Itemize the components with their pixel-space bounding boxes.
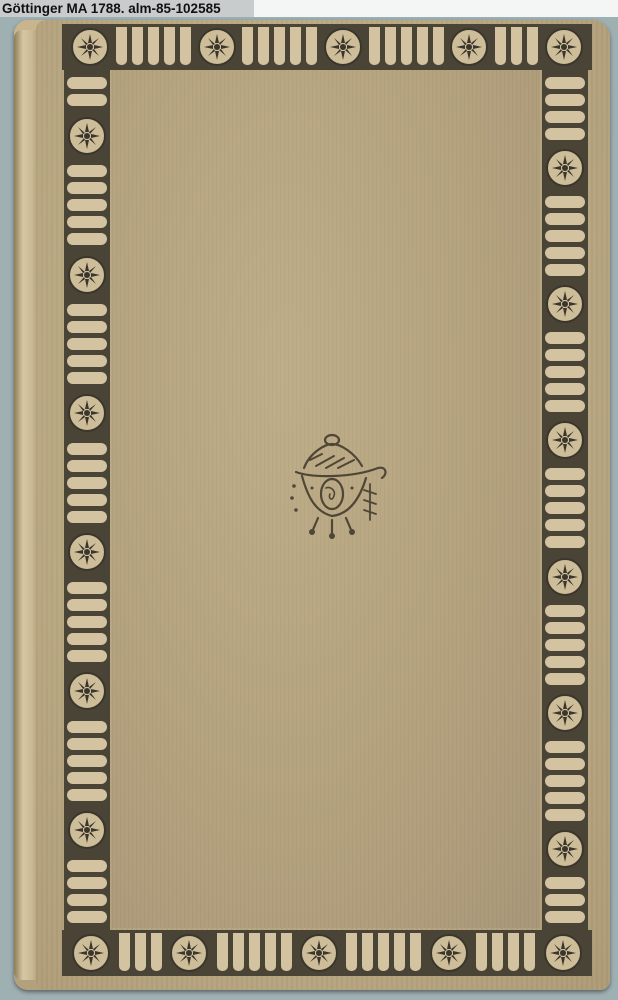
fluted-ribs <box>545 332 585 412</box>
fluted-ribs <box>242 27 317 67</box>
rosette-icon <box>545 28 583 66</box>
fluted-ribs <box>67 443 107 523</box>
urn-ornament-icon <box>282 428 392 548</box>
rosette-icon <box>546 149 584 187</box>
rosette-icon <box>324 28 362 66</box>
fluted-ribs <box>217 933 292 973</box>
rosette-icon <box>170 934 208 972</box>
image-caption: Göttinger MA 1788. alm-85-102585 <box>0 0 254 17</box>
fluted-ribs <box>495 27 538 67</box>
fluted-ribs <box>67 304 107 384</box>
rosette-icon <box>68 672 106 710</box>
rosette-icon <box>68 117 106 155</box>
rosette-icon <box>68 394 106 432</box>
fluted-ribs <box>346 933 421 973</box>
fluted-ribs <box>545 196 585 276</box>
fluted-ribs <box>67 582 107 662</box>
top-border-frieze <box>62 24 592 70</box>
rosette-icon <box>546 830 584 868</box>
fluted-ribs <box>119 933 162 973</box>
fluted-ribs <box>545 741 585 821</box>
fluted-ribs <box>67 860 107 923</box>
rosette-icon <box>450 28 488 66</box>
fluted-ribs <box>476 933 535 973</box>
rosette-icon <box>546 285 584 323</box>
fluted-ribs <box>369 27 444 67</box>
fluted-ribs <box>545 877 585 923</box>
rosette-icon <box>546 558 584 596</box>
fluted-ribs <box>67 721 107 801</box>
bottom-border-frieze <box>62 930 592 976</box>
rosette-icon <box>300 934 338 972</box>
book-cover <box>36 20 610 990</box>
fluted-ribs <box>545 605 585 685</box>
rosette-icon <box>72 934 110 972</box>
fluted-ribs <box>116 27 191 67</box>
book-photo <box>14 20 610 990</box>
fluted-ribs <box>545 77 585 140</box>
rosette-icon <box>546 694 584 732</box>
right-border-frieze <box>542 68 588 932</box>
rosette-icon <box>544 934 582 972</box>
rosette-icon <box>68 256 106 294</box>
rosette-icon <box>71 28 109 66</box>
left-border-frieze <box>64 68 110 932</box>
rosette-icon <box>68 811 106 849</box>
rosette-icon <box>546 421 584 459</box>
fluted-ribs <box>545 468 585 548</box>
fluted-ribs <box>67 165 107 245</box>
rosette-icon <box>430 934 468 972</box>
rosette-icon <box>198 28 236 66</box>
rosette-icon <box>68 533 106 571</box>
fluted-ribs <box>67 77 107 106</box>
